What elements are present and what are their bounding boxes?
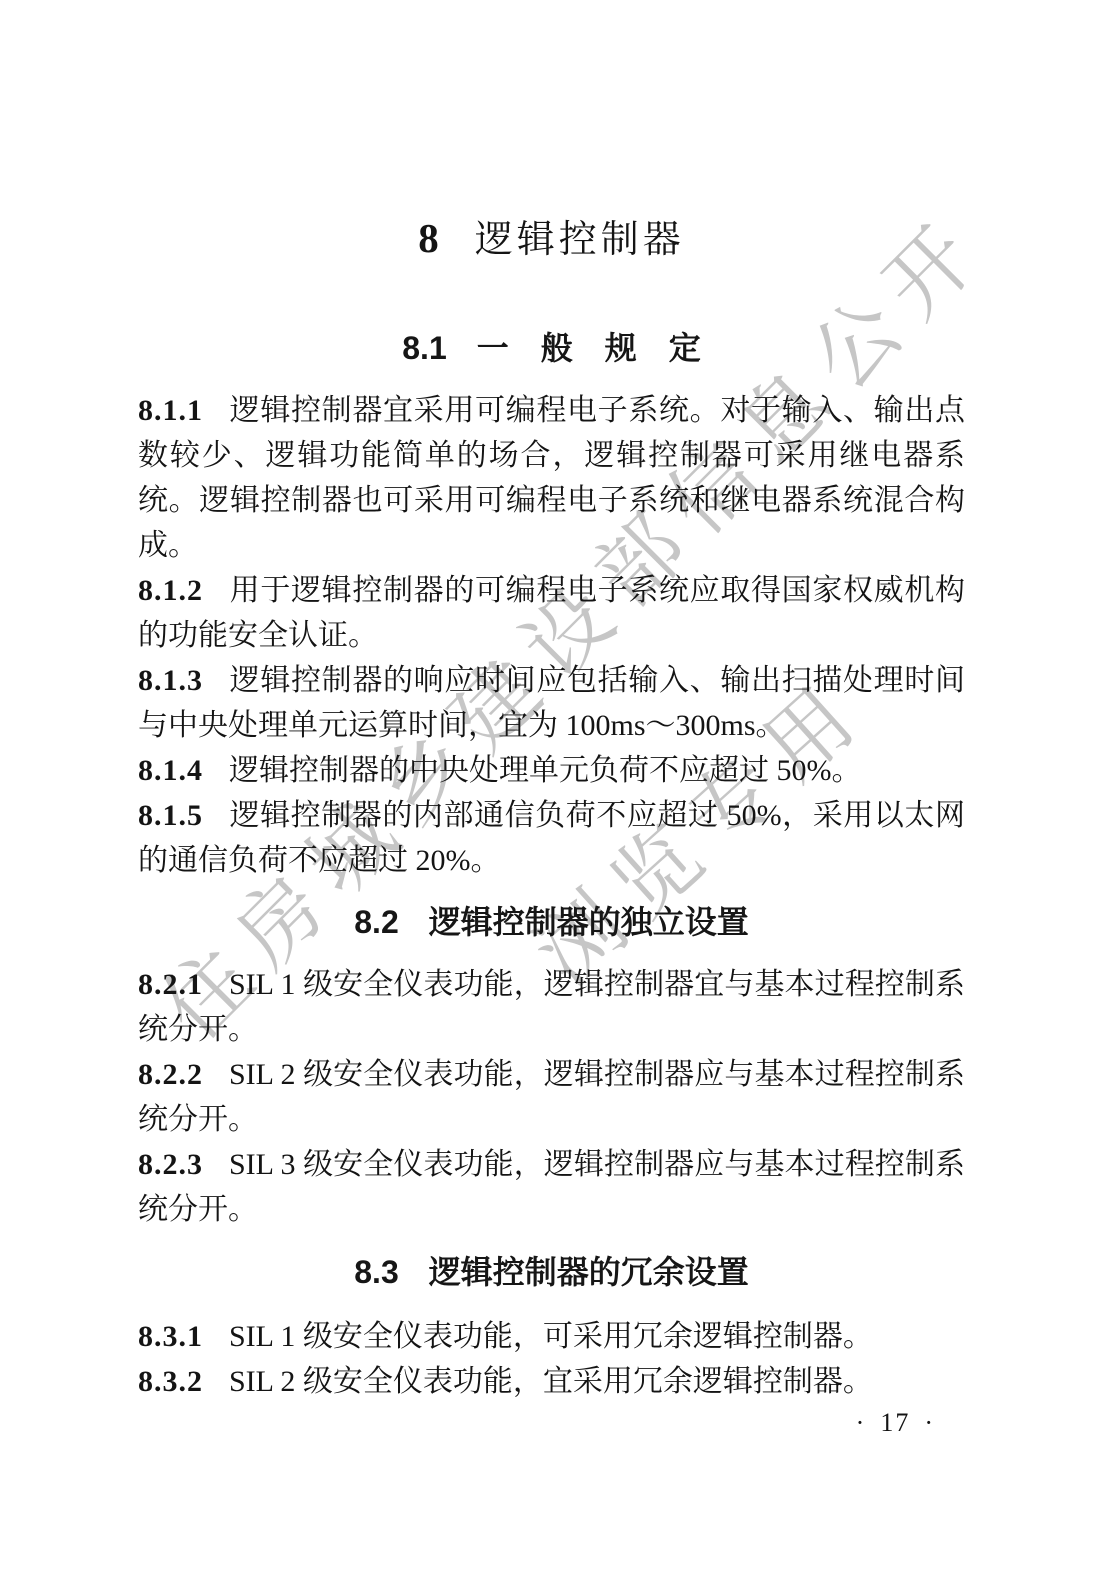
clause: 8.2.2SIL 2 级安全仪表功能，逻辑控制器应与基本过程控制系统分开。 [138, 1052, 965, 1142]
clause-text: SIL 1 级安全仪表功能，可采用冗余逻辑控制器。 [229, 1320, 873, 1353]
clause-text: 用于逻辑控制器的可编程电子系统应取得国家权威机构的功能安全认证。 [138, 574, 965, 652]
page-number: ·17· [138, 1406, 965, 1440]
document-page: 住房城乡建设部信息公开 浏览专用 8逻辑控制器 8.1一 般 规 定 8.1.1… [0, 0, 1102, 1575]
chapter-title-text: 逻辑控制器 [475, 219, 685, 261]
text-layer: 8逻辑控制器 8.1一 般 规 定 8.1.1逻辑控制器宜采用可编程电子系统。对… [0, 0, 1102, 1575]
clause-text: 逻辑控制器宜采用可编程电子系统。对于输入、输出点数较少、逻辑功能简单的场合，逻辑… [138, 394, 965, 562]
clause-number: 8.3.1 [138, 1320, 203, 1353]
section-heading-8-3: 8.3逻辑控制器的冗余设置 [138, 1250, 965, 1294]
page-number-value: 17 [880, 1408, 910, 1437]
clause-number: 8.2.2 [138, 1058, 203, 1091]
clause-text: 逻辑控制器的响应时间应包括输入、输出扫描处理时间与中央处理单元运算时间，宜为 1… [138, 664, 965, 742]
clause-number: 8.1.5 [138, 799, 203, 832]
clause-number: 8.1.2 [138, 574, 203, 607]
section-8-3-clauses: 8.3.1SIL 1 级安全仪表功能，可采用冗余逻辑控制器。 8.3.2SIL … [138, 1314, 965, 1404]
clause: 8.3.2SIL 2 级安全仪表功能，宜采用冗余逻辑控制器。 [138, 1359, 965, 1404]
clause: 8.1.2用于逻辑控制器的可编程电子系统应取得国家权威机构的功能安全认证。 [138, 568, 965, 658]
clause-text: SIL 1 级安全仪表功能，逻辑控制器宜与基本过程控制系统分开。 [138, 968, 965, 1046]
section-heading-number: 8.2 [354, 904, 398, 940]
clause-text: SIL 3 级安全仪表功能，逻辑控制器应与基本过程控制系统分开。 [138, 1148, 965, 1226]
clause: 8.1.5逻辑控制器的内部通信负荷不应超过 50%，采用以太网的通信负荷不应超过… [138, 793, 965, 883]
clause-text: SIL 2 级安全仪表功能，宜采用冗余逻辑控制器。 [229, 1365, 873, 1398]
clause-number: 8.2.3 [138, 1148, 203, 1181]
section-heading-text: 逻辑控制器的独立设置 [429, 904, 749, 940]
chapter-title: 8逻辑控制器 [138, 212, 965, 266]
clause: 8.1.3逻辑控制器的响应时间应包括输入、输出扫描处理时间与中央处理单元运算时间… [138, 658, 965, 748]
clause: 8.1.4逻辑控制器的中央处理单元负荷不应超过 50%。 [138, 748, 965, 793]
chapter-number: 8 [418, 215, 439, 261]
clause: 8.2.1SIL 1 级安全仪表功能，逻辑控制器宜与基本过程控制系统分开。 [138, 962, 965, 1052]
section-8-1-clauses: 8.1.1逻辑控制器宜采用可编程电子系统。对于输入、输出点数较少、逻辑功能简单的… [138, 388, 965, 883]
clause-text: 逻辑控制器的中央处理单元负荷不应超过 50%。 [229, 754, 862, 787]
clause-text: SIL 2 级安全仪表功能，逻辑控制器应与基本过程控制系统分开。 [138, 1058, 965, 1136]
section-heading-number: 8.3 [354, 1254, 398, 1290]
clause: 8.3.1SIL 1 级安全仪表功能，可采用冗余逻辑控制器。 [138, 1314, 965, 1359]
clause: 8.2.3SIL 3 级安全仪表功能，逻辑控制器应与基本过程控制系统分开。 [138, 1142, 965, 1232]
section-heading-8-1: 8.1一 般 规 定 [138, 326, 965, 370]
clause: 8.1.1逻辑控制器宜采用可编程电子系统。对于输入、输出点数较少、逻辑功能简单的… [138, 388, 965, 568]
section-heading-text: 一 般 规 定 [477, 330, 701, 366]
clause-text: 逻辑控制器的内部通信负荷不应超过 50%，采用以太网的通信负荷不应超过 20%。 [138, 799, 965, 877]
clause-number: 8.1.1 [138, 394, 203, 427]
section-heading-number: 8.1 [402, 330, 446, 366]
page-number-left-dot: · [856, 1408, 867, 1437]
section-heading-text: 逻辑控制器的冗余设置 [429, 1254, 749, 1290]
clause-number: 8.2.1 [138, 968, 203, 1001]
section-8-2-clauses: 8.2.1SIL 1 级安全仪表功能，逻辑控制器宜与基本过程控制系统分开。 8.… [138, 962, 965, 1232]
page-number-right-dot: · [924, 1408, 935, 1437]
section-heading-8-2: 8.2逻辑控制器的独立设置 [138, 900, 965, 944]
clause-number: 8.3.2 [138, 1365, 203, 1398]
clause-number: 8.1.3 [138, 664, 203, 697]
clause-number: 8.1.4 [138, 754, 203, 787]
